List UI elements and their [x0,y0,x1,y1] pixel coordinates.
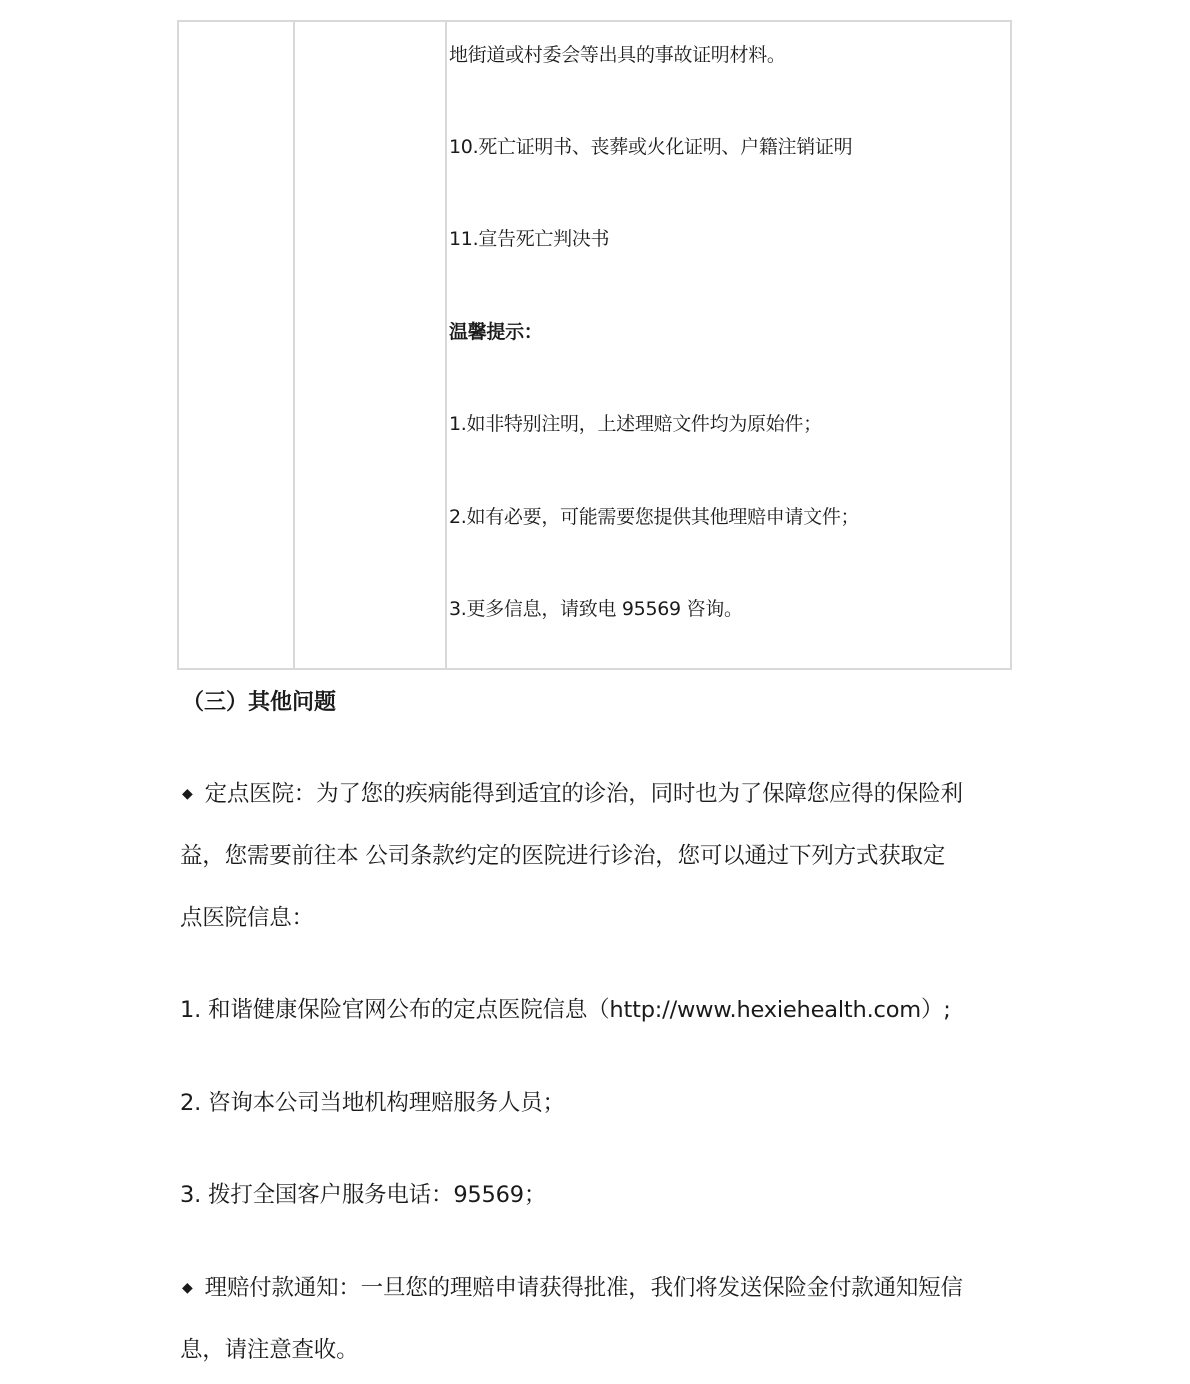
method-item: 2. 咨询本公司当地机构理赔服务人员； [180,1088,565,1118]
diamond-bullet-icon: ◆ [182,1273,193,1303]
paragraph-text: 益，您需要前往本 公司条款约定的医院进行诊治，您可以通过下列方式获取定 [180,841,945,871]
paragraph-text: 理赔付款通知：一旦您的理赔申请获得批准，我们将发送保险金付款通知短信 [205,1275,963,1301]
payment-notice-paragraph: ◆理赔付款通知：一旦您的理赔申请获得批准，我们将发送保险金付款通知短信 [180,1273,963,1303]
claims-documents-table: 地街道或村委会等出具的事故证明材料。 10.死亡证明书、丧葬或火化证明、户籍注销… [177,20,1012,670]
section-title: （三）其他问题 [182,689,336,717]
method-item: 1. 和谐健康保险官网公布的定点医院信息（http://www.hexiehea… [180,995,951,1025]
paragraph-text: 息，请注意查收。 [180,1335,358,1365]
table-column-divider [293,22,295,668]
method-item: 3. 拨打全国客户服务电话：95569； [180,1180,546,1210]
table-cell-text: 2.如有必要，可能需要您提供其他理赔申请文件； [449,505,859,529]
table-column-divider [445,22,447,668]
table-cell-text: 3.更多信息，请致电 95569 咨询。 [449,597,743,621]
paragraph-text: 点医院信息： [180,903,314,933]
paragraph-text: 定点医院：为了您的疾病能得到适宜的诊治，同时也为了保障您应得的保险利 [205,781,963,807]
diamond-bullet-icon: ◆ [182,779,193,809]
table-cell-text: 地街道或村委会等出具的事故证明材料。 [449,43,786,67]
table-cell-text: 1.如非特别注明，上述理赔文件均为原始件； [449,412,822,436]
warm-tip-heading: 温馨提示： [449,320,543,344]
designated-hospital-paragraph: ◆定点医院：为了您的疾病能得到适宜的诊治，同时也为了保障您应得的保险利 [180,779,963,809]
table-cell-text: 11.宣告死亡判决书 [449,227,609,251]
table-cell-text: 10.死亡证明书、丧葬或火化证明、户籍注销证明 [449,135,852,159]
